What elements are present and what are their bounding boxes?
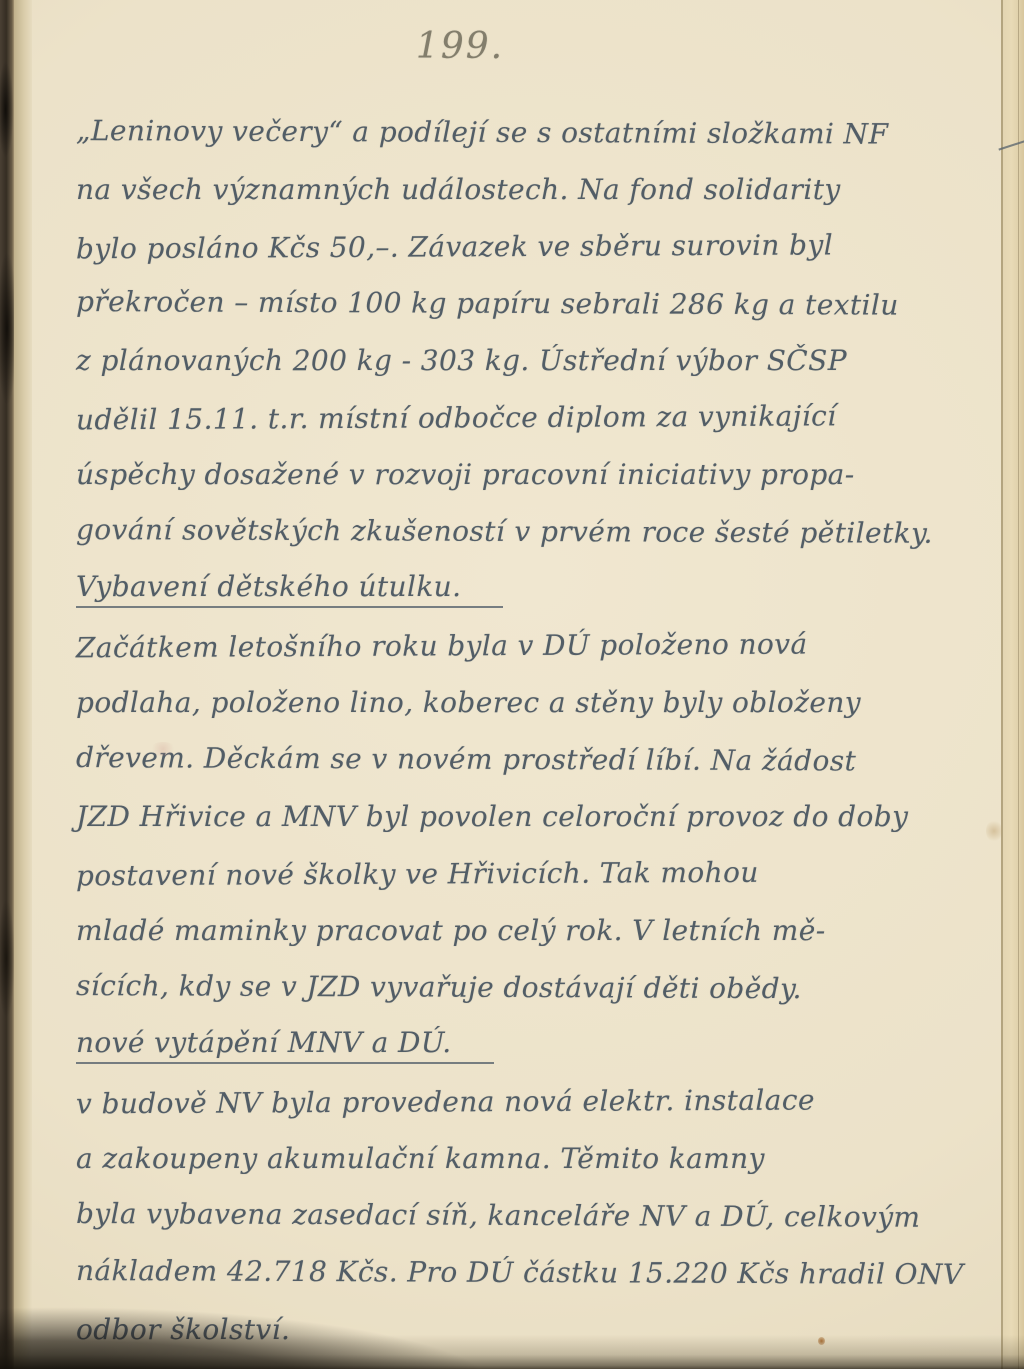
handwritten-line: dřevem. Děckám se v novém prostředí líbí… [76, 729, 976, 790]
handwritten-line: „Leninovy večery“ a podílejí se s ostatn… [76, 102, 976, 163]
handwritten-line: byla vybavena zasedací síň, kanceláře NV… [76, 1185, 976, 1246]
handwritten-line: udělil 15.11. t.r. místní odbočce diplom… [76, 387, 976, 449]
handwritten-line: Začátkem letošního roku byla v DÚ polože… [76, 615, 976, 677]
handwritten-line: z plánovaných 200 kg - 303 kg. Ústřední … [76, 332, 976, 389]
handwritten-line: v budově NV byla provedena nová elektr. … [76, 1071, 976, 1133]
binding-gutter [14, 0, 32, 1369]
section-heading-nursery-equipment: Vybavení dětského útulku. [76, 560, 976, 617]
paper-stain [818, 1337, 825, 1345]
handwritten-line: a zakoupeny akumulační kamna. Těmito kam… [76, 1130, 976, 1187]
handwritten-line: úspěchy dosažené v rozvoji pracovní inic… [76, 446, 976, 503]
handwritten-line: na všech významných událostech. Na fond … [76, 161, 976, 218]
page-stack-edge [1001, 0, 1024, 1369]
section-heading-new-heating: nové vytápění MNV a DÚ. [76, 1016, 976, 1073]
scanned-chronicle-page: 199. „Leninovy večery“ a podílejí se s o… [0, 0, 1024, 1369]
handwritten-line: gování sovětských zkušeností v prvém roc… [76, 501, 976, 562]
handwritten-line: nákladem 42.718 Kčs. Pro DÚ částku 15.22… [76, 1242, 976, 1303]
section-heading-label: nové vytápění MNV a DÚ. [76, 1026, 494, 1064]
handwritten-line: mladé maminky pracovat po celý rok. V le… [76, 902, 976, 959]
handwritten-text-block: „Leninovy večery“ a podílejí se s ostatn… [76, 104, 976, 1358]
handwritten-line: odbor školství. [76, 1301, 976, 1358]
handwritten-line: podlaha, položeno lino, koberec a stěny … [76, 674, 976, 731]
section-heading-label: Vybavení dětského útulku. [76, 570, 503, 608]
paper-stain [986, 820, 1002, 842]
handwritten-line: JZD Hřivice a MNV byl povolen celoroční … [76, 788, 976, 845]
handwritten-line: postavení nové školky ve Hřivicích. Tak … [76, 843, 976, 905]
book-binding-edge [0, 0, 14, 1369]
page-number: 199. [0, 26, 920, 67]
handwritten-line: bylo posláno Kčs 50,–. Závazek ve sběru … [76, 216, 976, 278]
paper-stain [150, 742, 176, 756]
handwritten-line: sících, kdy se v JZD vyvařuje dostávají … [76, 957, 976, 1018]
handwritten-line: překročen – místo 100 kg papíru sebrali … [76, 273, 976, 334]
